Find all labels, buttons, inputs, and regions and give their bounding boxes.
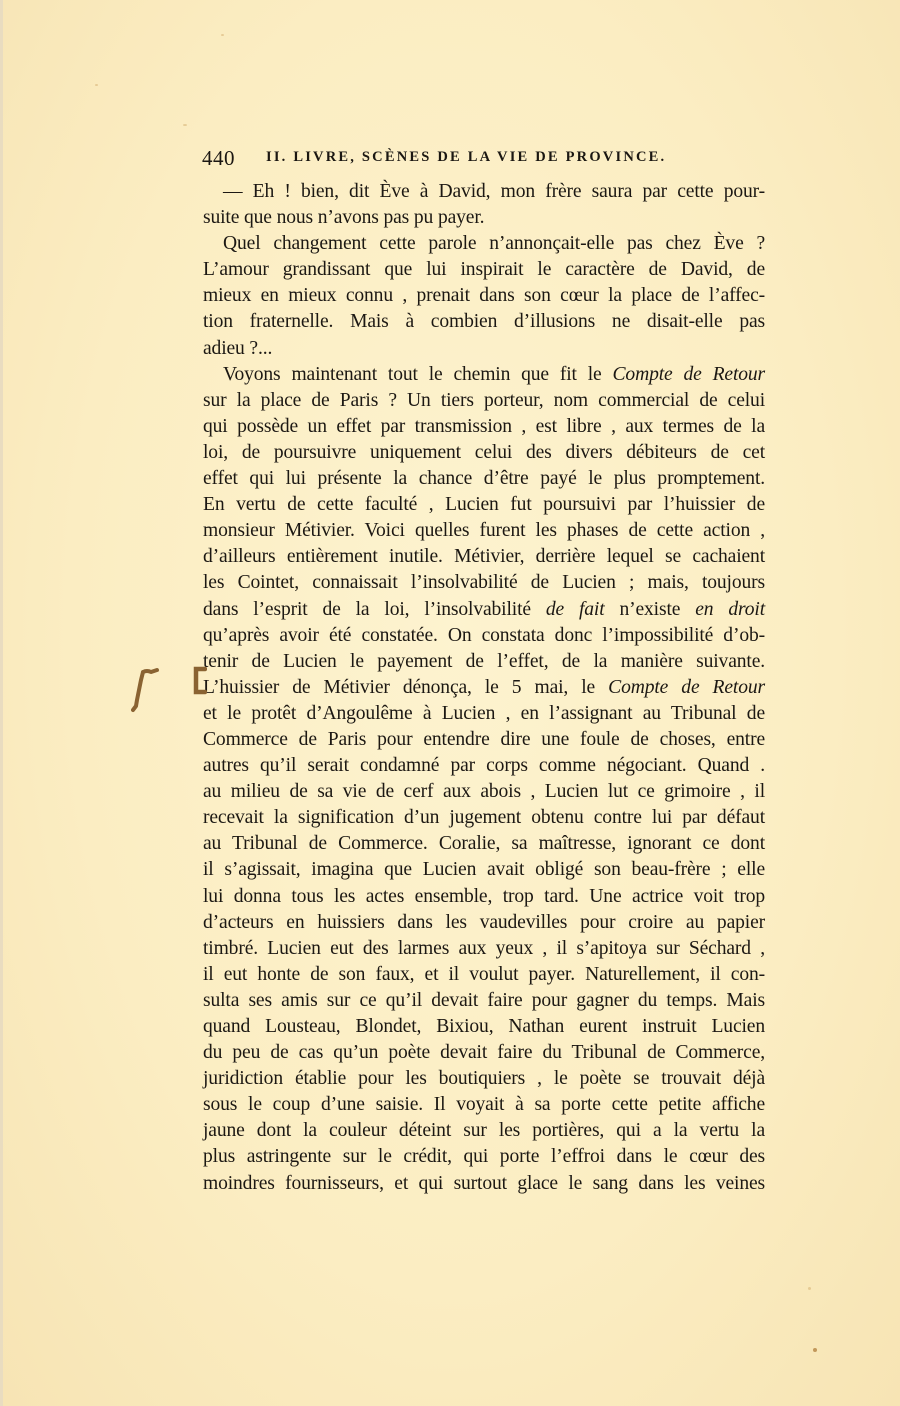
text-segment: lui donna tous les actes ensemble, trop …	[203, 886, 765, 907]
text-segment: juridiction établie pour les boutiquiers…	[203, 1068, 765, 1089]
text-line: autres qu’il serait condamné par corps c…	[203, 753, 765, 779]
text-segment: d’acteurs en huissiers dans les vaudevil…	[203, 912, 765, 933]
text-segment: plus astringente sur le crédit, qui port…	[203, 1146, 765, 1167]
book-page: 440 II. LIVRE, SCÈNES DE LA VIE DE PROVI…	[0, 0, 900, 1406]
text-segment: sulta ses amis sur ce qu’il devait faire…	[203, 990, 765, 1011]
text-line: d’acteurs en huissiers dans les vaudevil…	[203, 910, 765, 936]
text-segment: recevait la signification d’un jugement …	[203, 807, 765, 828]
text-line: plus astringente sur le crédit, qui port…	[203, 1144, 765, 1170]
italic-text-segment: en droit	[695, 599, 765, 620]
text-segment: En vertu de cette faculté , Lucien fut p…	[203, 494, 765, 515]
text-segment: jaune dont la couleur déteint sur les po…	[203, 1120, 765, 1141]
text-segment: sous le coup d’une saisie. Il voyait à s…	[203, 1094, 765, 1115]
text-line: jaune dont la couleur déteint sur les po…	[203, 1118, 765, 1144]
text-segment: Quel changement cette parole n’annonçait…	[223, 233, 765, 254]
text-segment: tion fraternelle. Mais à combien d’illus…	[203, 311, 765, 332]
text-segment: tenir de Lucien le payement de l’effet, …	[203, 651, 765, 672]
text-segment: autres qu’il serait condamné par corps c…	[203, 755, 765, 776]
text-line: loi, de poursuivre uniquement celui des …	[203, 440, 765, 466]
paper-speck	[221, 34, 224, 36]
text-line: suite que nous n’avons pas pu payer.	[203, 205, 765, 231]
text-line: — Eh ! bien, dit Ève à David, mon frère …	[203, 179, 765, 205]
text-line: moindres fournisseurs, et qui surtout gl…	[203, 1171, 765, 1197]
text-segment: suite que nous n’avons pas pu payer.	[203, 207, 484, 228]
paper-speck	[813, 1348, 817, 1352]
text-line: tenir de Lucien le payement de l’effet, …	[203, 649, 765, 675]
text-segment: monsieur Métivier. Voici quelles furent …	[203, 520, 765, 541]
text-segment: n’existe	[605, 599, 696, 620]
text-line: qui possède un effet par transmission , …	[203, 414, 765, 440]
text-line: qu’après avoir été constatée. On constat…	[203, 623, 765, 649]
text-segment: adieu ?...	[203, 338, 272, 359]
text-segment: timbré. Lucien eut des larmes aux yeux ,…	[203, 938, 765, 959]
text-line: monsieur Métivier. Voici quelles furent …	[203, 518, 765, 544]
text-segment: L’amour grandissant que lui inspirait le…	[203, 259, 765, 280]
paper-speck	[95, 84, 98, 86]
text-line: Quel changement cette parole n’annonçait…	[203, 231, 765, 257]
text-segment: dans l’esprit de la loi, l’insolvabilité	[203, 599, 546, 620]
text-line: sous le coup d’une saisie. Il voyait à s…	[203, 1092, 765, 1118]
text-segment: qu’après avoir été constatée. On constat…	[203, 625, 765, 646]
text-line: En vertu de cette faculté , Lucien fut p…	[203, 492, 765, 518]
text-line: juridiction établie pour les boutiquiers…	[203, 1066, 765, 1092]
text-line: et le protêt d’Angoulême à Lucien , en l…	[203, 701, 765, 727]
text-segment: et le protêt d’Angoulême à Lucien , en l…	[203, 703, 765, 724]
text-segment: les Cointet, connaissait l’insolvabilité…	[203, 572, 765, 593]
text-line: effet qui lui présente la chance d’être …	[203, 466, 765, 492]
text-line: L’huissier de Métivier dénonça, le 5 mai…	[203, 675, 765, 701]
text-segment: il eut honte de son faux, et il voulut p…	[203, 964, 765, 985]
text-segment: Commerce de Paris pour entendre dire une…	[203, 729, 765, 750]
text-line: dans l’esprit de la loi, l’insolvabilité…	[203, 597, 765, 623]
paper-speck	[183, 124, 187, 126]
text-segment: — Eh ! bien, dit Ève à David, mon frère …	[223, 181, 765, 202]
text-segment: du peu de cas qu’un poète devait faire d…	[203, 1042, 765, 1063]
text-line: tion fraternelle. Mais à combien d’illus…	[203, 309, 765, 335]
text-segment: il s’agissait, imagina que Lucien avait …	[203, 859, 765, 880]
text-segment: au Tribunal de Commerce. Coralie, sa maî…	[203, 833, 765, 854]
text-line: sur la place de Paris ? Un tiers porteur…	[203, 388, 765, 414]
text-segment: effet qui lui présente la chance d’être …	[203, 468, 765, 489]
bracket-annotation-icon	[193, 666, 207, 696]
text-segment: qui possède un effet par transmission , …	[203, 416, 765, 437]
text-line: il s’agissait, imagina que Lucien avait …	[203, 857, 765, 883]
text-line: il eut honte de son faux, et il voulut p…	[203, 962, 765, 988]
text-line: quand Lousteau, Blondet, Bixiou, Nathan …	[203, 1014, 765, 1040]
text-line: au Tribunal de Commerce. Coralie, sa maî…	[203, 831, 765, 857]
paper-speck	[808, 1287, 811, 1290]
running-title: II. LIVRE, SCÈNES DE LA VIE DE PROVINCE.	[266, 149, 666, 166]
page-header: 440 II. LIVRE, SCÈNES DE LA VIE DE PROVI…	[202, 146, 768, 170]
text-segment: Voyons maintenant tout le chemin que fit…	[223, 364, 613, 385]
text-line: Commerce de Paris pour entendre dire une…	[203, 727, 765, 753]
text-line: L’amour grandissant que lui inspirait le…	[203, 257, 765, 283]
text-line: recevait la signification d’un jugement …	[203, 805, 765, 831]
text-segment: quand Lousteau, Blondet, Bixiou, Nathan …	[203, 1016, 765, 1037]
text-line: du peu de cas qu’un poète devait faire d…	[203, 1040, 765, 1066]
text-line: les Cointet, connaissait l’insolvabilité…	[203, 570, 765, 596]
text-segment: mieux en mieux connu , prenait dans son …	[203, 285, 765, 306]
page-number: 440	[202, 146, 235, 171]
text-line: lui donna tous les actes ensemble, trop …	[203, 884, 765, 910]
text-segment: sur la place de Paris ? Un tiers porteur…	[203, 390, 765, 411]
text-segment: d’ailleurs entièrement inutile. Métivier…	[203, 546, 765, 567]
text-line: timbré. Lucien eut des larmes aux yeux ,…	[203, 936, 765, 962]
text-segment: au milieu de sa vie de cerf aux abois , …	[203, 781, 765, 802]
text-line: au milieu de sa vie de cerf aux abois , …	[203, 779, 765, 805]
text-segment: loi, de poursuivre uniquement celui des …	[203, 442, 765, 463]
text-line: mieux en mieux connu , prenait dans son …	[203, 283, 765, 309]
text-line: d’ailleurs entièrement inutile. Métivier…	[203, 544, 765, 570]
text-segment: moindres fournisseurs, et qui surtout gl…	[203, 1173, 765, 1194]
italic-text-segment: Compte de Retour	[613, 364, 766, 385]
pencil-bracket-mark-icon	[131, 666, 167, 716]
text-line: sulta ses amis sur ce qu’il devait faire…	[203, 988, 765, 1014]
italic-text-segment: Compte de Retour	[608, 677, 765, 698]
text-segment: L’huissier de Métivier dénonça, le 5 mai…	[203, 677, 608, 698]
text-line: adieu ?...	[203, 336, 765, 362]
italic-text-segment: de fait	[546, 599, 605, 620]
body-text: — Eh ! bien, dit Ève à David, mon frère …	[203, 179, 765, 1197]
text-line: Voyons maintenant tout le chemin que fit…	[203, 362, 765, 388]
